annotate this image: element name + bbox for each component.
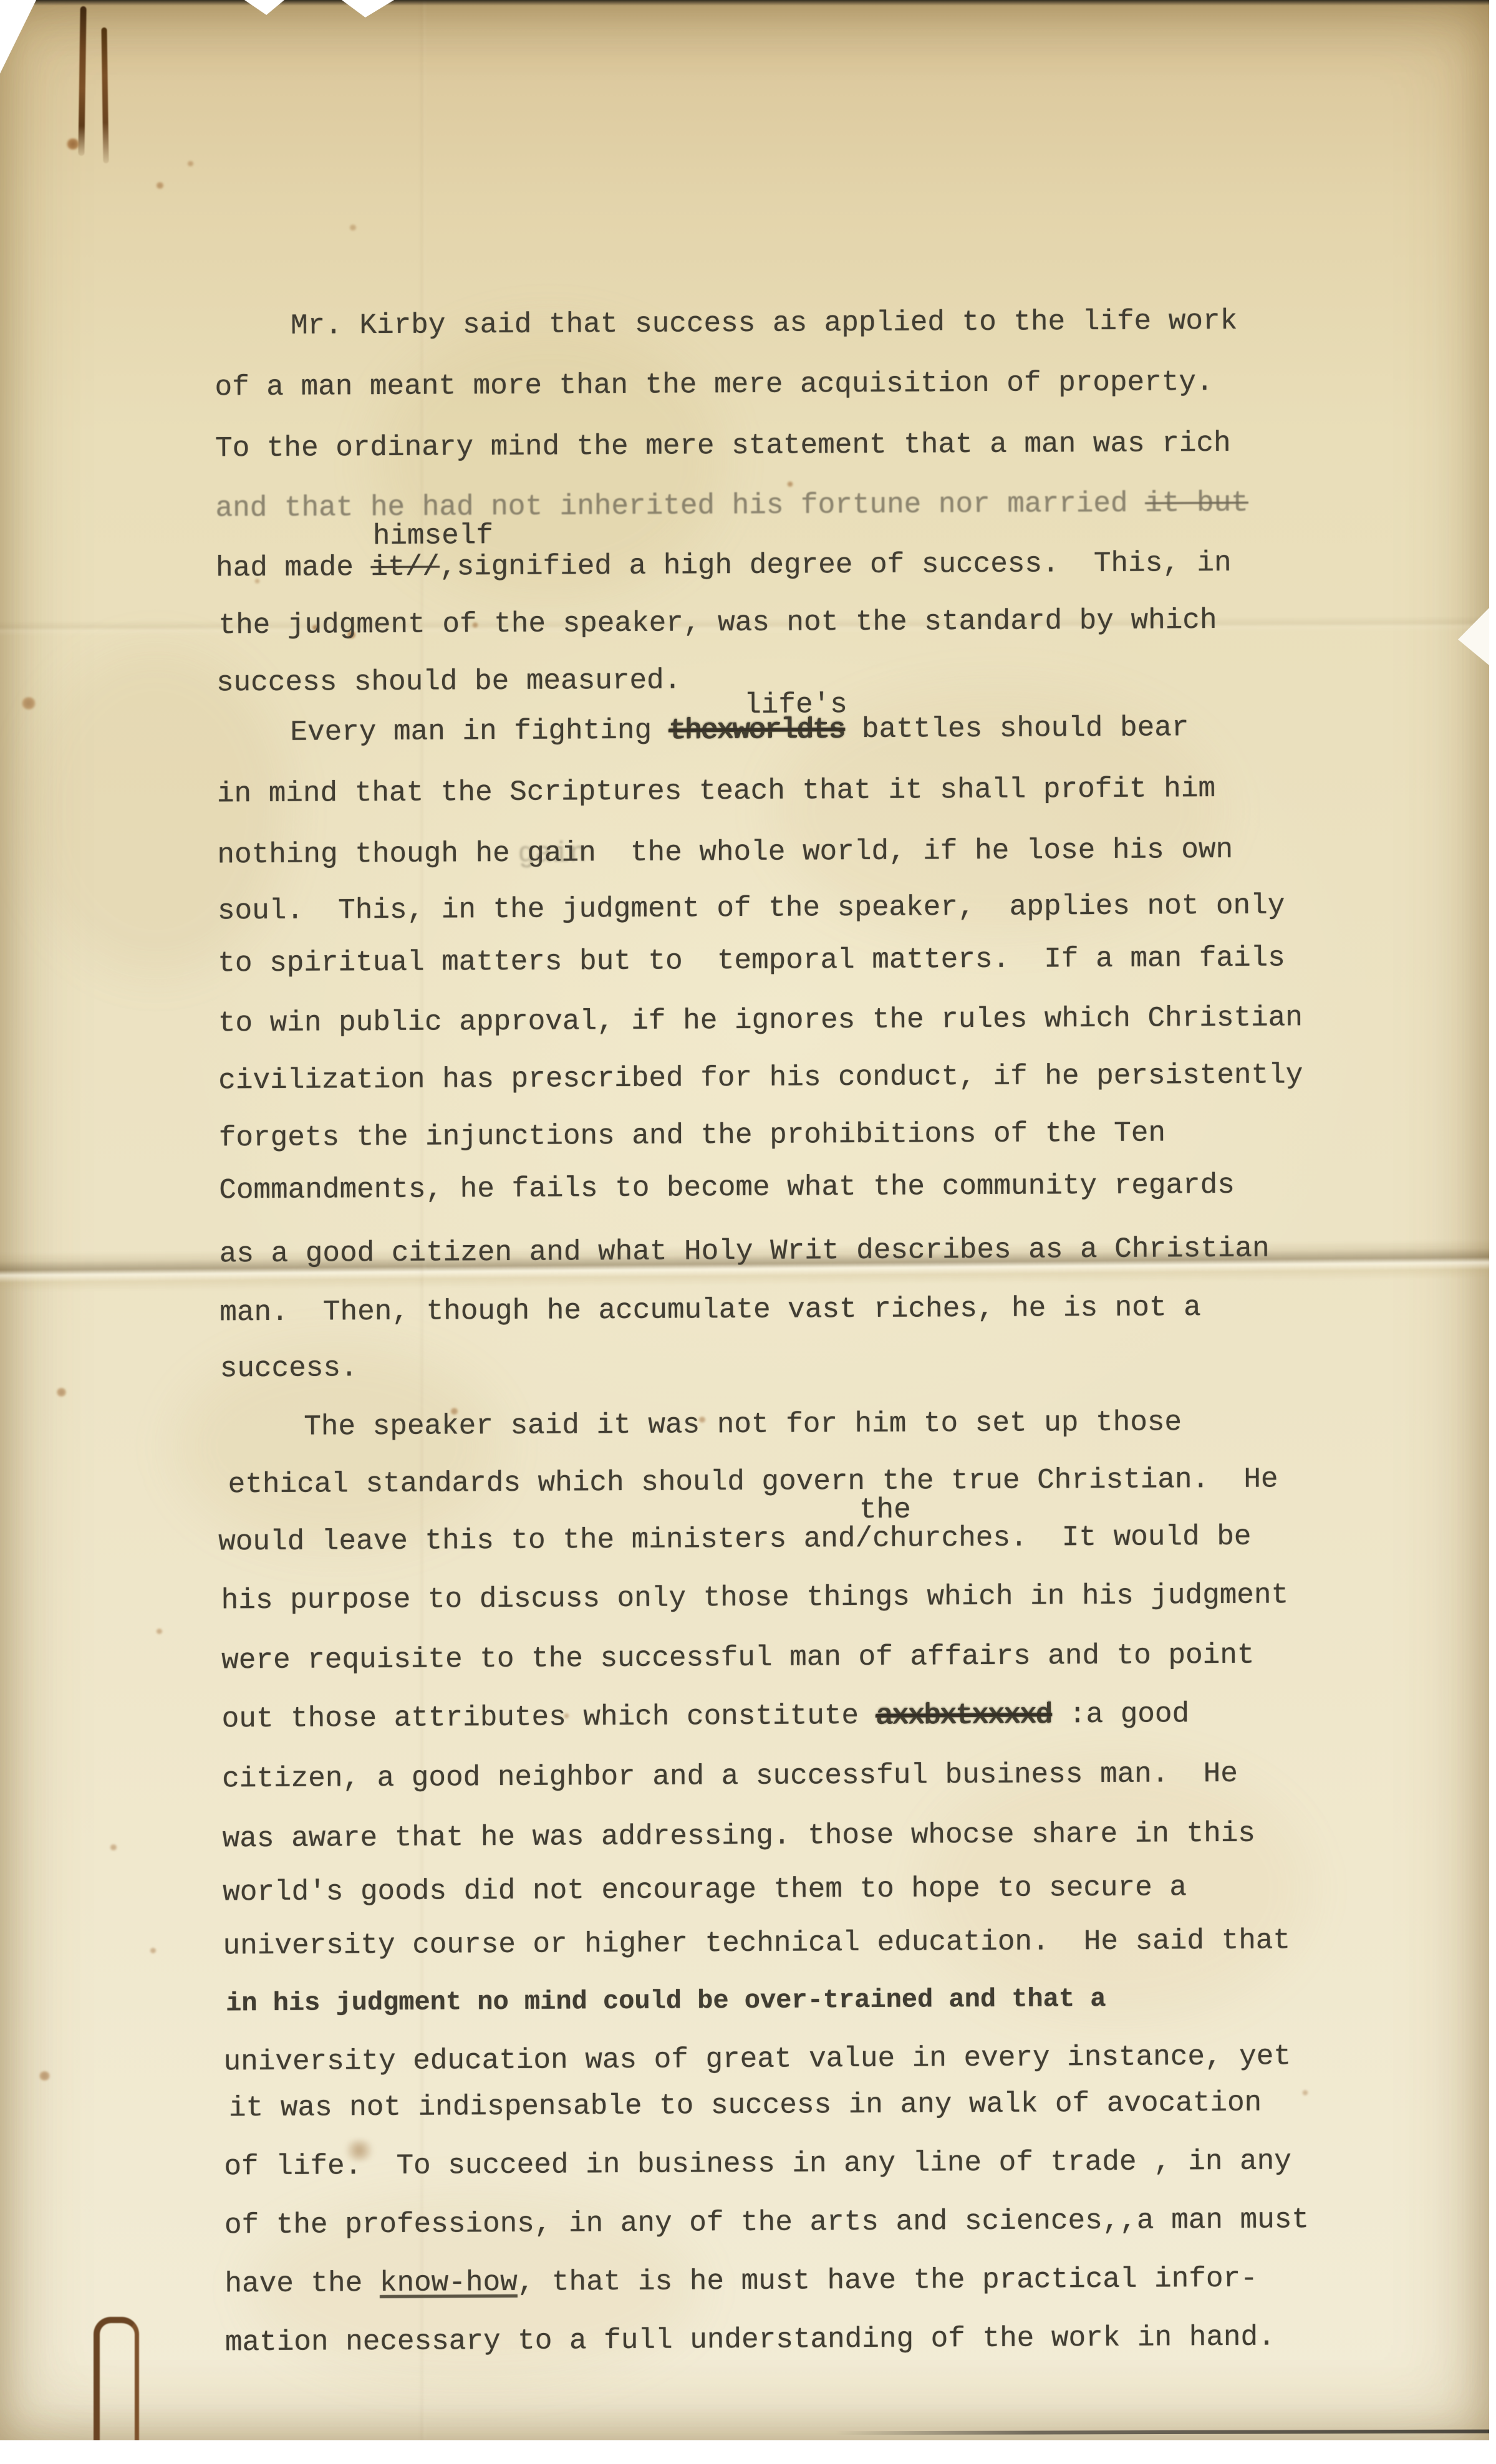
typed-segment: and that he had not inherited his fortun… xyxy=(215,488,1145,525)
typed-line: in his judgment no mind could be over-tr… xyxy=(226,1986,1106,2016)
typed-segment: in mind that the Scriptures teach that i… xyxy=(217,772,1215,810)
typed-segment: battles should bear xyxy=(844,711,1189,746)
aged-paper-sheet: Mr. Kirby said that success as applied t… xyxy=(0,0,1489,2440)
typed-segment: have the xyxy=(224,2267,380,2300)
typed-line: mation necessary to a full understanding… xyxy=(225,2323,1275,2357)
typed-line: was aware that he was addressing. those … xyxy=(223,1819,1255,1854)
typed-line: success. xyxy=(220,1354,358,1383)
typed-segment: Commandments, he fails to become what th… xyxy=(219,1169,1235,1207)
typed-line: soul. This, in the judgment of the speak… xyxy=(218,891,1285,925)
typed-line: his purpose to discuss only those things… xyxy=(221,1581,1289,1615)
typed-segment: to win public approval, if he ignores th… xyxy=(218,1001,1303,1039)
typed-segment: Mr. Kirby said that success as applied t… xyxy=(291,305,1238,342)
typed-line: Every man in fighting thexworldts battle… xyxy=(290,713,1189,747)
typed-segment-xout: thexworldts xyxy=(669,713,845,746)
typed-line: as a good citizen and what Holy Writ des… xyxy=(220,1234,1270,1269)
typed-segment: of a man meant more than the mere acquis… xyxy=(215,366,1213,403)
typed-segment: the judgment of the speaker, was not the… xyxy=(218,604,1217,642)
typed-line: have the know-how, that is he must have … xyxy=(224,2264,1258,2299)
typed-segment: university education was of great value … xyxy=(223,2040,1291,2078)
typed-segment-xout: axxbxtxxxxd xyxy=(876,1698,1052,1731)
typed-segment: out those attributes which constitute xyxy=(222,1700,876,1735)
typed-line: out those attributes which constitute ax… xyxy=(222,1700,1190,1733)
typed-line: nothing though he gain the whole world, … xyxy=(217,835,1233,870)
typed-line: university education was of great value … xyxy=(223,2042,1291,2076)
typed-segment: the xyxy=(859,1494,911,1526)
typed-line: university course or higher technical ed… xyxy=(223,1926,1290,1960)
typed-segment: of the professions, in any of the arts a… xyxy=(224,2203,1309,2241)
typed-segment: mation necessary to a full understanding… xyxy=(225,2321,1275,2359)
typed-segment: man. Then, though he accumulate vast ric… xyxy=(220,1291,1201,1329)
typed-segment: of life. To succeed in business in any l… xyxy=(224,2145,1291,2183)
typed-segment: himself xyxy=(373,519,494,552)
typed-line: in mind that the Scriptures teach that i… xyxy=(217,774,1215,808)
typed-segment: as a good citizen and what Holy Writ des… xyxy=(220,1233,1270,1271)
typed-segment: university course or higher technical ed… xyxy=(223,1924,1290,1962)
typed-line: it was not indispensable to success in a… xyxy=(229,2089,1262,2123)
typed-segment: soul. This, in the judgment of the speak… xyxy=(218,889,1285,927)
inserted-word: the xyxy=(859,1496,911,1524)
typed-segment: Every man in fighting xyxy=(290,715,669,749)
typed-line: would leave this to the ministers and/ch… xyxy=(218,1523,1251,1557)
typed-segment: success should be measured. xyxy=(216,664,682,699)
typed-text-block: Mr. Kirby said that success as applied t… xyxy=(0,0,1489,2440)
typed-line: had made it//,signified a high degree of… xyxy=(216,549,1232,583)
scan-top-edge xyxy=(0,0,1489,6)
typed-line: to win public approval, if he ignores th… xyxy=(218,1003,1303,1037)
inserted-word: himself xyxy=(373,521,493,551)
typed-segment: ethical standards which should govern th… xyxy=(228,1463,1278,1501)
typed-line: Mr. Kirby said that success as applied t… xyxy=(291,307,1237,340)
typed-line: success should be measured. xyxy=(216,666,682,697)
typed-line: world's goods did not encourage them to … xyxy=(223,1873,1187,1907)
typed-segment: The speaker said it was not for him to s… xyxy=(304,1406,1182,1443)
typed-segment: success. xyxy=(220,1352,358,1385)
typed-line: ethical standards which should govern th… xyxy=(228,1465,1278,1499)
typed-segment: citizen, a good neighbor and a successfu… xyxy=(222,1758,1238,1796)
typed-segment: in his judgment no mind could be over-tr… xyxy=(226,1984,1106,2018)
scanned-document-canvas: Mr. Kirby said that success as applied t… xyxy=(0,0,1496,2464)
typed-line: of a man meant more than the mere acquis… xyxy=(215,368,1213,402)
typed-segment: his purpose to discuss only those things… xyxy=(221,1579,1289,1617)
typed-segment: ,signified a high degree of success. Thi… xyxy=(440,547,1232,584)
typed-line: were requisite to the successful man of … xyxy=(221,1641,1254,1675)
typed-segment: To the ordinary mind the mere statement … xyxy=(215,427,1231,465)
typed-segment: , that is he must have the practical inf… xyxy=(518,2263,1258,2299)
typed-line: Commandments, he fails to become what th… xyxy=(219,1171,1235,1205)
typed-segment-underline: know-how xyxy=(380,2266,518,2299)
typed-line: citizen, a good neighbor and a successfu… xyxy=(222,1759,1238,1794)
typed-segment: :a good xyxy=(1051,1698,1189,1731)
typed-line: and that he had not inherited his fortun… xyxy=(215,489,1248,523)
typed-segment: had made xyxy=(216,551,371,584)
typed-segment: it was not indispensable to success in a… xyxy=(229,2087,1262,2125)
typed-line: the judgment of the speaker, was not the… xyxy=(218,606,1217,640)
typed-segment-ghost: gain xyxy=(527,837,596,870)
typed-segment: was aware that he was addressing. those … xyxy=(223,1817,1256,1855)
typed-segment: civilization has prescribed for his cond… xyxy=(218,1059,1303,1097)
typed-line: man. Then, though he accumulate vast ric… xyxy=(220,1293,1201,1327)
typed-segment: were requisite to the successful man of … xyxy=(221,1639,1255,1677)
typed-segment: world's goods did not encourage them to … xyxy=(223,1871,1187,1908)
typed-segment: would leave this to the ministers and/ch… xyxy=(218,1521,1252,1559)
typed-segment: nothing though he xyxy=(217,837,527,872)
typed-line: to spiritual matters but to temporal mat… xyxy=(218,943,1285,978)
typed-line: To the ordinary mind the mere statement … xyxy=(215,429,1231,463)
typed-line: forgets the injunctions and the prohibit… xyxy=(219,1119,1165,1152)
typed-line: civilization has prescribed for his cond… xyxy=(218,1061,1303,1095)
typed-segment: forgets the injunctions and the prohibit… xyxy=(219,1117,1166,1154)
typed-segment: the whole world, if he lose his own xyxy=(596,834,1233,869)
typed-line: The speaker said it was not for him to s… xyxy=(304,1408,1182,1441)
typed-segment-strike: it// xyxy=(370,551,440,584)
typed-line: of the professions, in any of the arts a… xyxy=(224,2205,1309,2240)
typed-line: of life. To succeed in business in any l… xyxy=(224,2147,1291,2181)
typed-segment: to spiritual matters but to temporal mat… xyxy=(218,941,1285,979)
typed-segment-strike: it but xyxy=(1145,487,1248,520)
